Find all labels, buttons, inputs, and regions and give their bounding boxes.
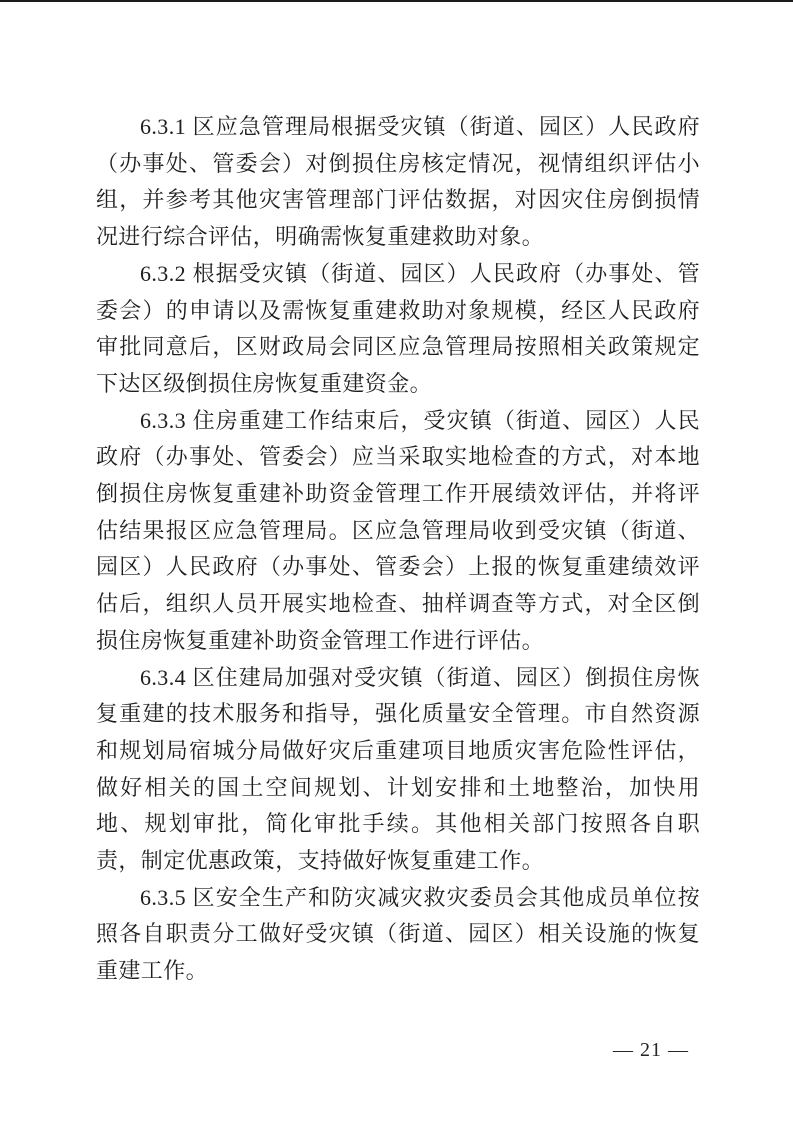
document-text-block: 6.3.1 区应急管理局根据受灾镇（街道、园区）人民政府（办事处、管委会）对倒损…	[96, 109, 700, 990]
paragraph-6-3-5: 6.3.5 区安全生产和防灾减灾救灾委员会其他成员单位按照各自职责分工做好受灾镇…	[96, 880, 700, 990]
page-number: — 21 —	[613, 1036, 689, 1064]
paragraph-6-3-3: 6.3.3 住房重建工作结束后，受灾镇（街道、园区）人民政府（办事处、管委会）应…	[96, 403, 700, 660]
paragraph-6-3-2: 6.3.2 根据受灾镇（街道、园区）人民政府（办事处、管委会）的申请以及需恢复重…	[96, 256, 700, 403]
document-page: 6.3.1 区应急管理局根据受灾镇（街道、园区）人民政府（办事处、管委会）对倒损…	[0, 0, 793, 1121]
paragraph-6-3-4: 6.3.4 区住建局加强对受灾镇（街道、园区）倒损住房恢复重建的技术服务和指导，…	[96, 660, 700, 880]
scan-top-edge-line	[0, 0, 793, 2]
paragraph-6-3-1: 6.3.1 区应急管理局根据受灾镇（街道、园区）人民政府（办事处、管委会）对倒损…	[96, 109, 700, 256]
